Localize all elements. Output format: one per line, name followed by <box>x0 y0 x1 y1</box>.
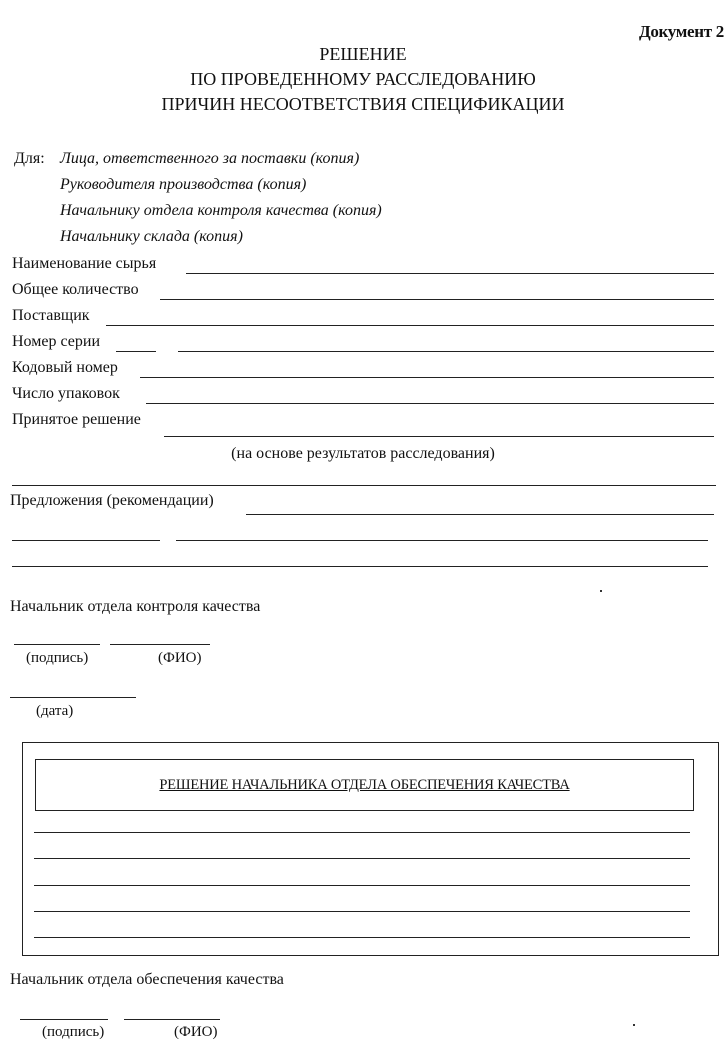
decision-note: (на основе результатов расследования) <box>0 445 726 463</box>
proposals-input-line-3[interactable] <box>12 566 708 567</box>
qa-decision-line[interactable] <box>34 832 690 833</box>
field-label-package-count: Число упаковок <box>12 385 120 403</box>
title-line-1: РЕШЕНИЕ <box>0 42 726 67</box>
decision-extra-line[interactable] <box>12 485 716 486</box>
field-label-code-number: Кодовый номер <box>12 359 118 377</box>
qa-name-caption: (ФИО) <box>174 1024 218 1041</box>
addressee-item: Лица, ответственного за поставки (копия) <box>60 150 359 168</box>
qc-name-caption: (ФИО) <box>158 650 202 667</box>
field-input-batch-number-cont[interactable] <box>178 351 714 352</box>
proposals-label: Предложения (рекомендации) <box>10 492 214 510</box>
field-input-material-name[interactable] <box>186 273 714 274</box>
addressee-item: Начальнику склада (копия) <box>60 228 243 246</box>
qa-decision-line[interactable] <box>34 911 690 912</box>
field-input-decision[interactable] <box>164 436 714 437</box>
addressee-item: Начальнику отдела контроля качества (коп… <box>60 202 382 220</box>
qc-date-line[interactable] <box>10 697 136 698</box>
qa-name-line[interactable] <box>124 1019 220 1020</box>
field-input-batch-number[interactable] <box>116 351 156 352</box>
qa-head-title: Начальник отдела обеспечения качества <box>10 971 284 989</box>
document-number-label: Документ 2 <box>639 22 724 42</box>
title-line-3: ПРИЧИН НЕСООТВЕТСТВИЯ СПЕЦИФИКАЦИИ <box>0 92 726 117</box>
field-label-decision: Принятое решение <box>12 411 141 429</box>
qa-decision-line[interactable] <box>34 885 690 886</box>
title-line-2: ПО ПРОВЕДЕННОМУ РАССЛЕДОВАНИЮ <box>0 67 726 92</box>
addressees-prefix: Для: <box>14 150 45 168</box>
field-label-material-name: Наименование сырья <box>12 255 156 273</box>
field-label-supplier: Поставщик <box>12 307 90 325</box>
addressee-item: Руководителя производства (копия) <box>60 176 306 194</box>
field-input-package-count[interactable] <box>146 403 714 404</box>
proposals-input-line-1[interactable] <box>246 514 714 515</box>
qa-signature-line[interactable] <box>20 1019 108 1020</box>
proposals-input-line-2a[interactable] <box>12 540 160 541</box>
qa-decision-title: РЕШЕНИЕ НАЧАЛЬНИКА ОТДЕЛА ОБЕСПЕЧЕНИЯ КА… <box>159 777 569 794</box>
qc-name-line[interactable] <box>110 644 210 645</box>
qc-head-title: Начальник отдела контроля качества <box>10 598 260 616</box>
qc-signature-line[interactable] <box>14 644 100 645</box>
qc-signature-caption: (подпись) <box>26 650 88 667</box>
qa-signature-caption: (подпись) <box>42 1024 104 1041</box>
qa-decision-line[interactable] <box>34 858 690 859</box>
field-label-batch-number: Номер серии <box>12 333 100 351</box>
scan-speck <box>633 1024 635 1026</box>
proposals-input-line-2b[interactable] <box>176 540 708 541</box>
qc-date-caption: (дата) <box>36 703 73 720</box>
scan-speck <box>600 590 602 592</box>
field-input-code-number[interactable] <box>140 377 714 378</box>
field-label-total-quantity: Общее количество <box>12 281 139 299</box>
field-input-supplier[interactable] <box>106 325 714 326</box>
field-input-total-quantity[interactable] <box>160 299 714 300</box>
qa-decision-line[interactable] <box>34 937 690 938</box>
qa-decision-header-box: РЕШЕНИЕ НАЧАЛЬНИКА ОТДЕЛА ОБЕСПЕЧЕНИЯ КА… <box>35 759 694 811</box>
